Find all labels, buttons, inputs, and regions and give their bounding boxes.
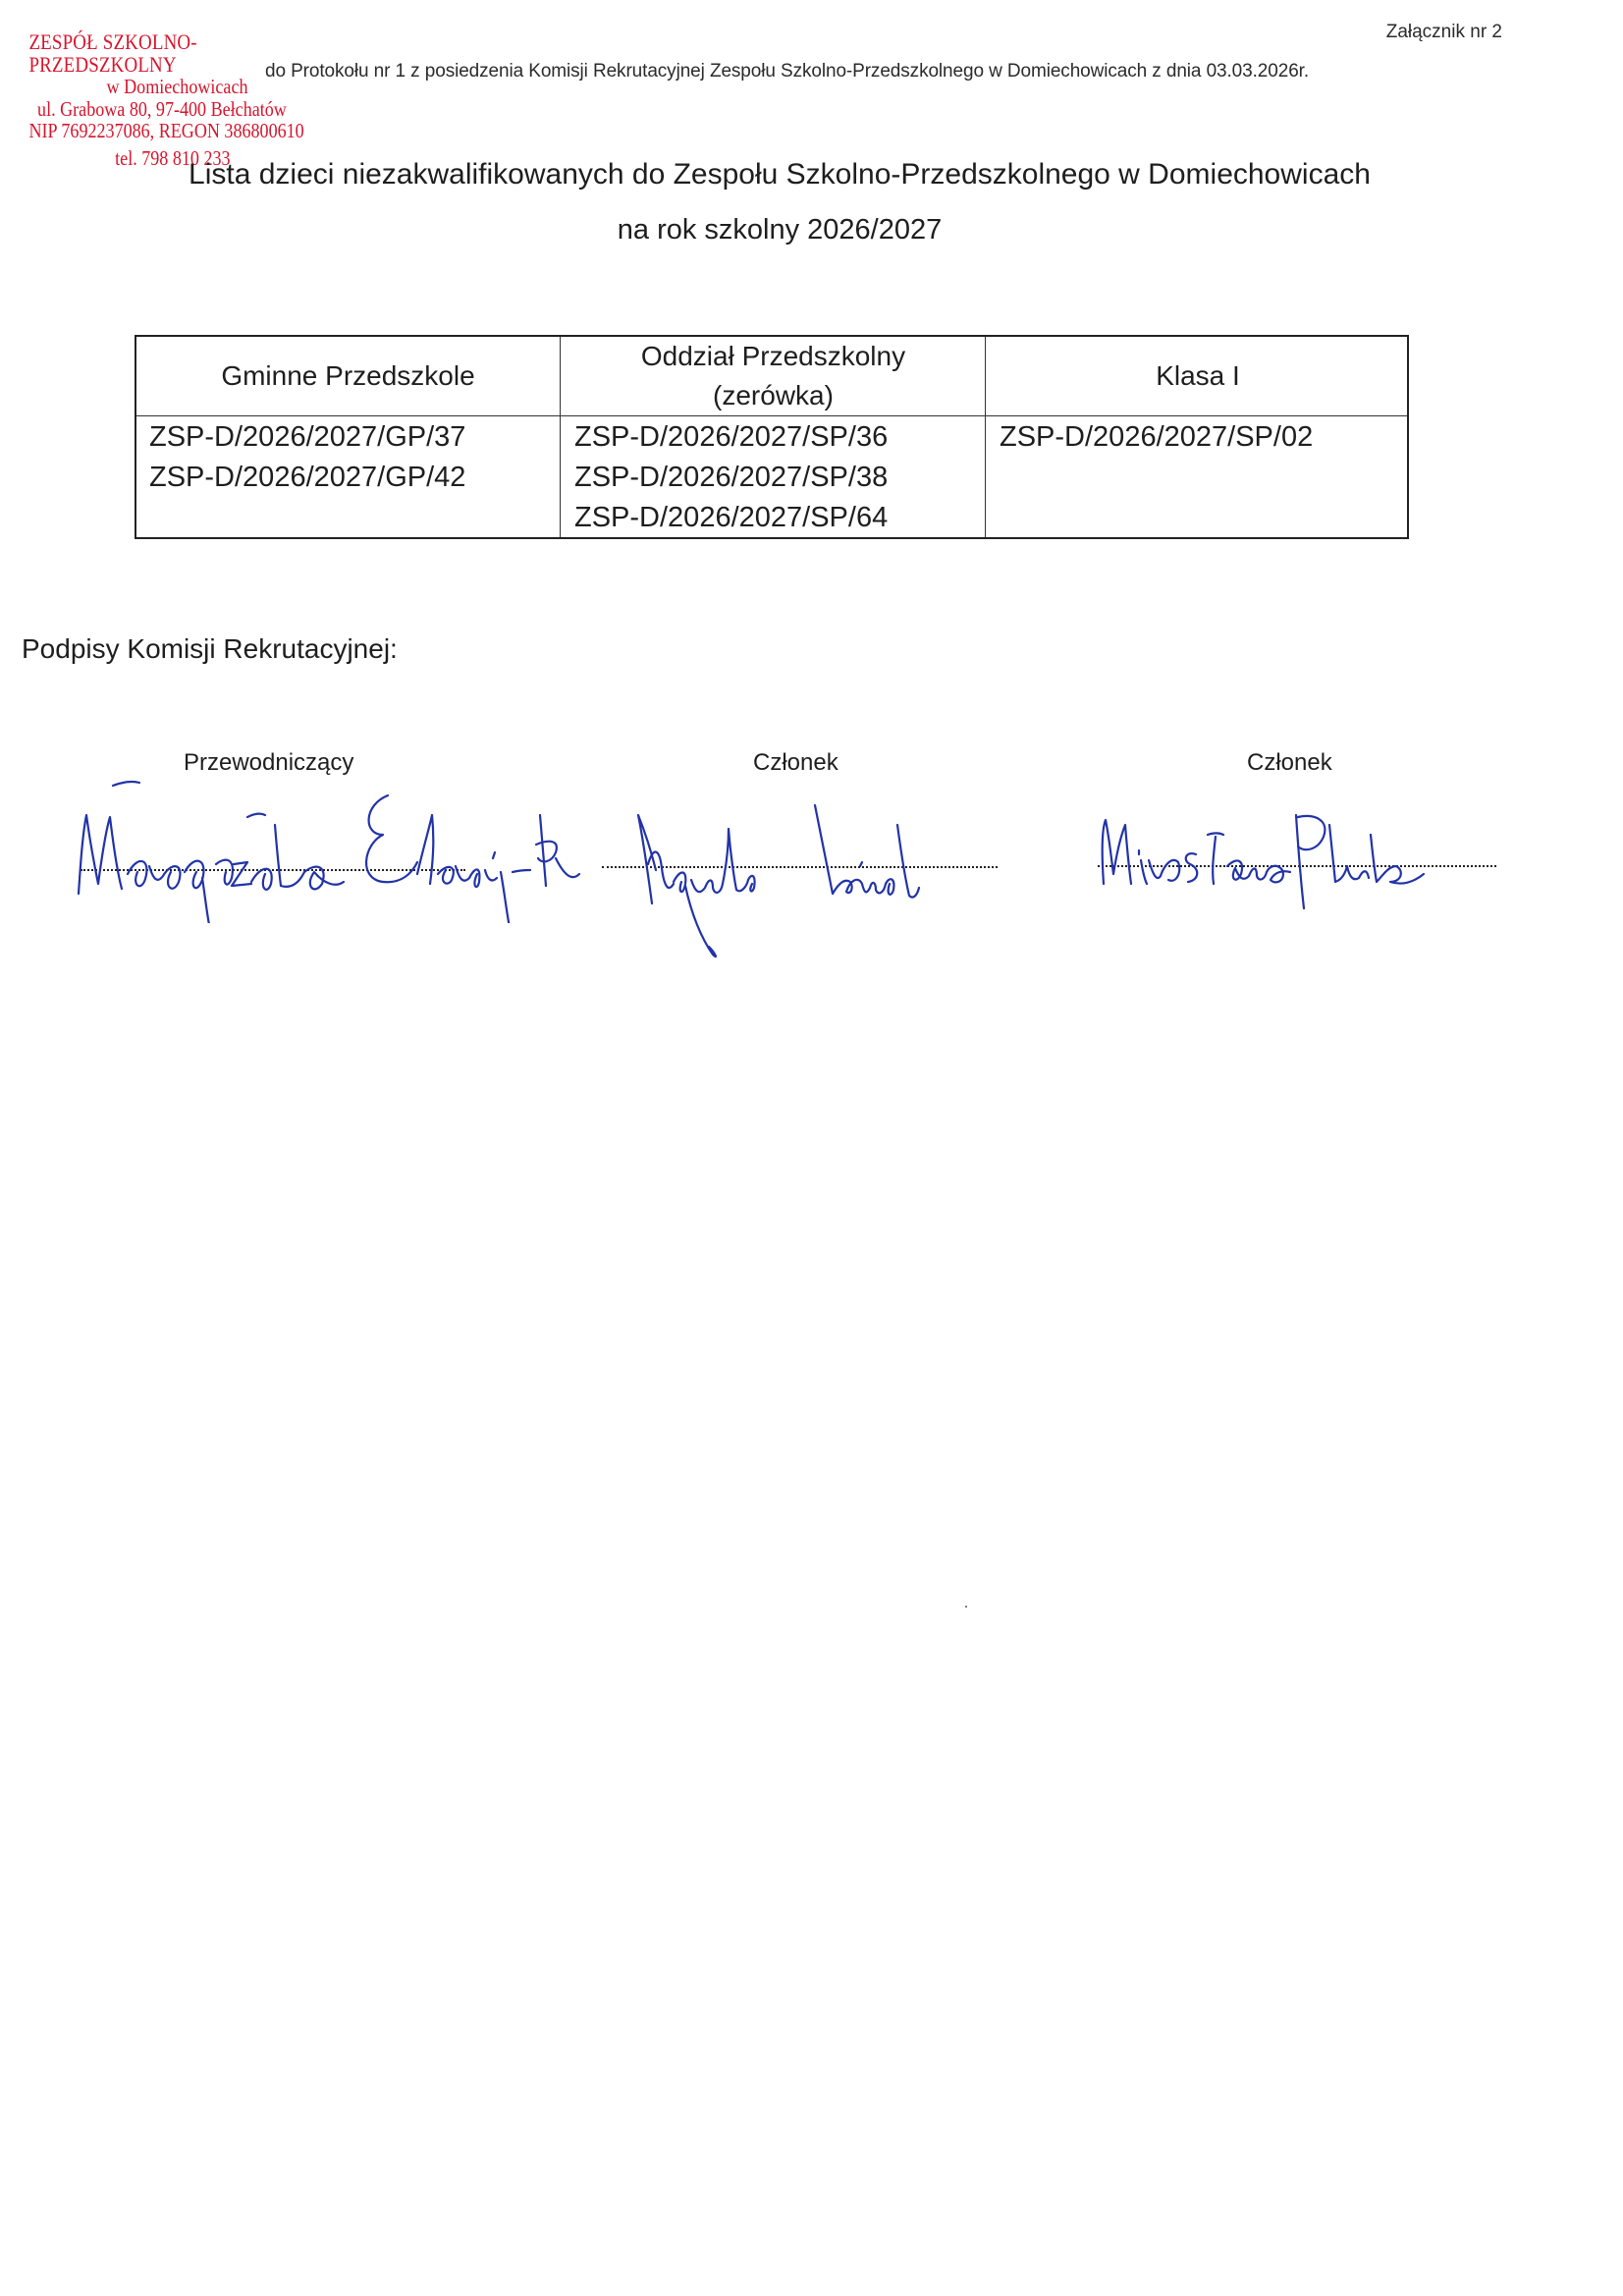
list-item: ZSP-D/2026/2027/GP/42 [149, 458, 465, 498]
protocol-reference: do Protokołu nr 1 z posiedzenia Komisji … [265, 61, 1309, 82]
column-header-preschool-unit: Oddział Przedszkolny (zerówka) [562, 337, 985, 415]
annex-label: Załącznik nr 2 [1386, 22, 1502, 43]
stamp-address: ul. Grabowa 80, 97-400 Bełchatów [26, 98, 338, 121]
role-member-1: Członek [753, 749, 839, 777]
column-header-text: Klasa I [1156, 356, 1240, 396]
column-header-municipal-preschool: Gminne Przedszkole [136, 337, 560, 415]
list-item: ZSP-D/2026/2027/SP/38 [574, 458, 888, 498]
column-header-text: Oddział Przedszkolny [641, 337, 905, 376]
list-item: ZSP-D/2026/2027/GP/37 [149, 417, 465, 458]
column-cell-municipal-preschool: ZSP-D/2026/2027/GP/37 ZSP-D/2026/2027/GP… [149, 415, 465, 498]
column-divider [985, 337, 986, 537]
unqualified-children-table: Gminne Przedszkole Oddział Przedszkolny … [135, 335, 1409, 539]
stamp-tax-ids: NIP 7692237086, REGON 386800610 [26, 120, 338, 142]
column-header-text: Gminne Przedszkole [221, 356, 474, 396]
scan-speck [965, 1606, 967, 1608]
handwritten-signature-chairperson [69, 756, 619, 923]
signatures-heading: Podpisy Komisji Rekrutacyjnej: [22, 633, 398, 665]
handwritten-signature-member-2 [1090, 795, 1502, 923]
role-member-2: Członek [1247, 749, 1332, 777]
school-stamp: ZESPÓŁ SZKOLNO-PRZEDSZKOLNY w Domiechowi… [26, 31, 338, 169]
column-divider [560, 337, 561, 537]
column-cell-first-grade: ZSP-D/2026/2027/SP/02 [1000, 415, 1313, 458]
column-header-first-grade: Klasa I [987, 337, 1409, 415]
document-title: Lista dzieci niezakwalifikowanych do Zes… [0, 158, 1559, 191]
list-item: ZSP-D/2026/2027/SP/02 [1000, 417, 1313, 458]
list-item: ZSP-D/2026/2027/SP/36 [574, 417, 888, 458]
handwritten-signature-member-1 [619, 786, 1031, 962]
column-header-subtext: (zerówka) [713, 376, 834, 415]
school-year: na rok szkolny 2026/2027 [0, 214, 1559, 246]
column-cell-preschool-unit: ZSP-D/2026/2027/SP/36 ZSP-D/2026/2027/SP… [574, 415, 888, 538]
list-item: ZSP-D/2026/2027/SP/64 [574, 498, 888, 538]
